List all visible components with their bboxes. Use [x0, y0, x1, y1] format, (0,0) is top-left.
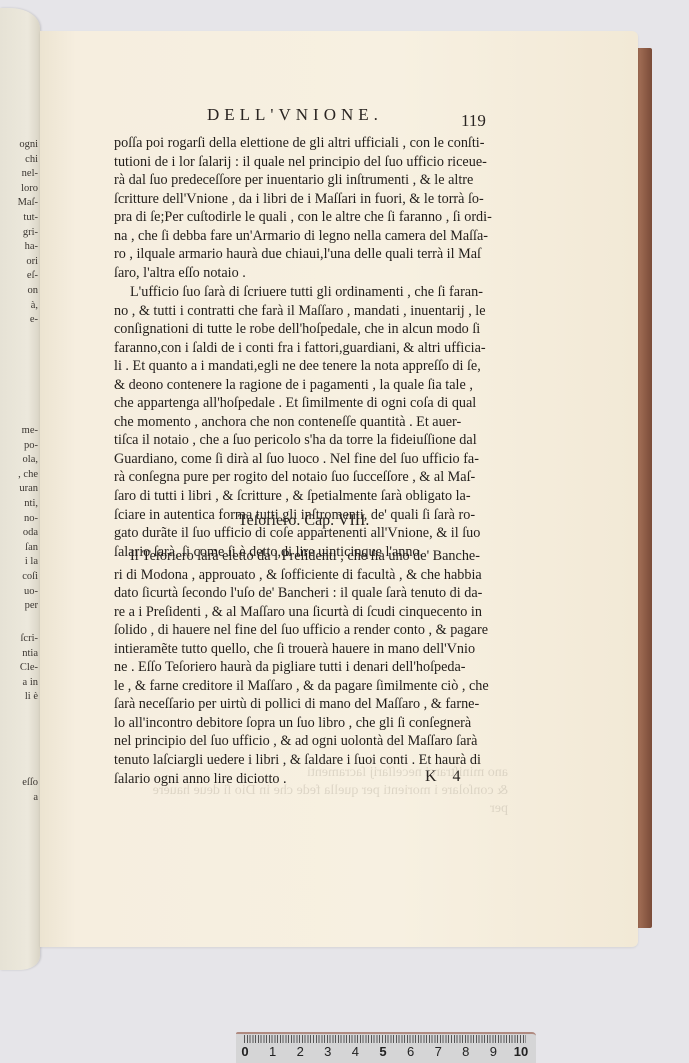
ruler-label: 3	[324, 1044, 331, 1059]
margin-fragment: , che	[0, 468, 40, 483]
facing-page-margin-text-middle: me-po-ola,, cheurannti,no-odaſani lacoſi…	[0, 424, 40, 614]
text-line: ſaro, l'altra eſſo notaio .	[114, 264, 504, 283]
margin-fragment: eſſo	[0, 776, 40, 791]
margin-fragment: po-	[0, 439, 40, 454]
text-line: tiſca il notaio , che a ſuo pericolo s'h…	[114, 431, 504, 450]
margin-fragment: a in	[0, 676, 40, 691]
text-line: ſolido , di hauere nel fine del ſuo uffi…	[114, 621, 504, 640]
text-line: le , & farne creditore il Maſſaro , & da…	[114, 677, 504, 696]
text-line: conſignationi di tutte le robe dell'hoſp…	[114, 320, 504, 339]
margin-fragment: nel-	[0, 167, 40, 182]
margin-fragment: ha-	[0, 240, 40, 255]
margin-fragment: coſi	[0, 570, 40, 585]
margin-fragment: uran	[0, 482, 40, 497]
text-line: che appartenga all'hoſpedale . Et ſimilm…	[114, 394, 504, 413]
margin-fragment: me-	[0, 424, 40, 439]
ruler-label: 8	[462, 1044, 469, 1059]
page-number: 119	[461, 111, 486, 131]
margin-fragment: ola,	[0, 453, 40, 468]
facing-page-margin-text-bottom: eſſoa	[0, 776, 40, 805]
text-line: lo all'incontro debitore ſopra un ſuo li…	[114, 714, 504, 733]
margin-fragment: ori	[0, 255, 40, 270]
margin-fragment: ogni	[0, 138, 40, 153]
margin-fragment: a	[0, 791, 40, 806]
text-line: rà conſegna pure per rogito del notaio ſ…	[114, 468, 504, 487]
scale-ruler: 012345678910	[236, 1032, 536, 1063]
margin-fragment: ſan	[0, 541, 40, 556]
margin-fragment: uo-	[0, 585, 40, 600]
text-line: ne . Eſſo Teſoriero haurà da pigliare tu…	[114, 658, 504, 677]
margin-fragment: nti,	[0, 497, 40, 512]
margin-fragment: ntia	[0, 647, 40, 662]
margin-fragment: Maſ-	[0, 196, 40, 211]
text-line: rà dal ſuo predeceſſore per inuentario g…	[114, 171, 504, 190]
ruler-label: 4	[352, 1044, 359, 1059]
margin-fragment: li è	[0, 690, 40, 705]
text-line: faranno,con i ſaldi de i conti fra i fat…	[114, 339, 504, 358]
margin-fragment: e-	[0, 313, 40, 328]
paragraph-notary-duties: poſſa poi rogarſi della elettione de gli…	[114, 134, 504, 282]
text-line: poſſa poi rogarſi della elettione de gli…	[114, 134, 504, 153]
text-line: re a i Preſidenti , & al Maſſaro una ſic…	[114, 603, 504, 622]
margin-fragment: on	[0, 284, 40, 299]
margin-fragment: tut-	[0, 211, 40, 226]
text-line: intieramẽte tutto quello, che ſi trouerà…	[114, 640, 504, 659]
margin-fragment: eſ-	[0, 269, 40, 284]
text-line: L'ufficio ſuo ſarà di ſcriuere tutti gli…	[114, 283, 504, 302]
ruler-labels: 012345678910	[236, 1044, 536, 1062]
running-head: DELL'VNIONE.	[207, 105, 383, 125]
text-line: ſaro di tutti i libri , & ſcritture , & …	[114, 487, 504, 506]
ruler-ticks	[244, 1035, 526, 1043]
text-line: dato ſicurtà ſecondo l'uſo de' Bancheri …	[114, 584, 504, 603]
margin-fragment: ſcri-	[0, 632, 40, 647]
margin-fragment: Cle-	[0, 661, 40, 676]
ruler-label: 6	[407, 1044, 414, 1059]
ruler-label: 5	[379, 1044, 386, 1059]
text-line: che momento , anchora che non conteneſſe…	[114, 413, 504, 432]
text-line: nel principio del ſuo ufficio , & ad ogn…	[114, 732, 504, 751]
text-line: no , & tutti i contratti che farà il Maſ…	[114, 302, 504, 321]
text-line: ſarà neceſſario per uirtù di pollici di …	[114, 695, 504, 714]
margin-fragment: à,	[0, 299, 40, 314]
text-line: & deono contenere la ragione de i pagame…	[114, 376, 504, 395]
margin-fragment: no-	[0, 512, 40, 527]
ruler-label: 10	[514, 1044, 528, 1059]
ruler-label: 1	[269, 1044, 276, 1059]
text-line: Il Teſoriero ſarà eletto da i Preſidenti…	[114, 547, 504, 566]
margin-fragment: oda	[0, 526, 40, 541]
text-line: ſcritture dell'Vnione , da i libri de i …	[114, 190, 504, 209]
ruler-label: 2	[297, 1044, 304, 1059]
text-line: Guardiano, come ſi dirà al ſuo luoco . N…	[114, 450, 504, 469]
facing-page-margin-text-lower: ſcri-ntiaCle-a inli è	[0, 632, 40, 705]
ruler-label: 9	[490, 1044, 497, 1059]
text-line: pra di ſe;Per cuſtodirle le quali , con …	[114, 208, 504, 227]
signature-mark: K 4	[425, 768, 467, 786]
facing-page-margin-text-top: ognichinel-loroMaſ-tut-gri-ha-orieſ-onà,…	[0, 138, 40, 328]
text-line: ro , ilquale armario haurà due chiaui,l'…	[114, 245, 504, 264]
margin-fragment: gri-	[0, 226, 40, 241]
show-through-line: per	[118, 800, 508, 818]
text-line: tutioni de i lor ſalarij : il quale nel …	[114, 153, 504, 172]
margin-fragment: loro	[0, 182, 40, 197]
margin-fragment: chi	[0, 153, 40, 168]
chapter-heading: Teſoriero. Cap. VIII.	[238, 512, 369, 530]
paragraph-treasurer: Il Teſoriero ſarà eletto da i Preſidenti…	[114, 547, 504, 788]
text-line: li . Et quanto a i mandati,egli ne dee t…	[114, 357, 504, 376]
text-line: ri di Modona , approuato , & ſofficiente…	[114, 566, 504, 585]
text-line: na , che ſi debba fare un'Armario di leg…	[114, 227, 504, 246]
ruler-label: 0	[241, 1044, 248, 1059]
margin-fragment: i la	[0, 555, 40, 570]
margin-fragment: per	[0, 599, 40, 614]
ruler-label: 7	[435, 1044, 442, 1059]
